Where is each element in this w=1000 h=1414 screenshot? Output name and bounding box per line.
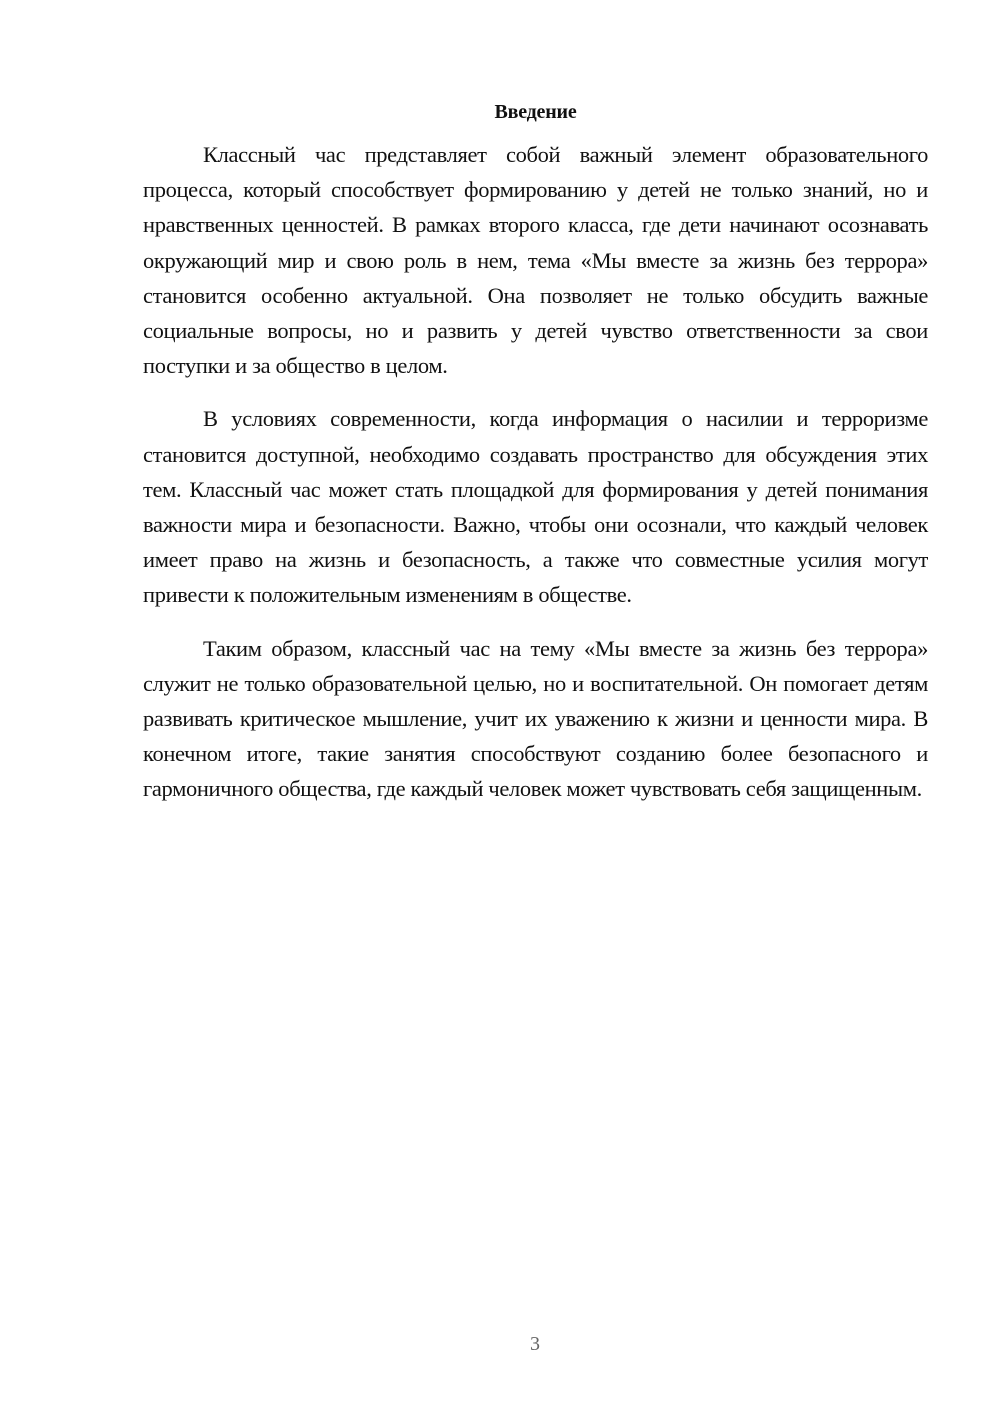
page-number: 3 — [0, 1333, 1000, 1356]
paragraph-intro: Классный час представляет собой важный э… — [143, 137, 928, 383]
page-body: Введение Классный час представляет собой… — [143, 95, 928, 807]
paragraph-context: В условиях современности, когда информац… — [143, 401, 928, 612]
paragraph-conclusion: Таким образом, классный час на тему «Мы … — [143, 631, 928, 807]
section-heading: Введение — [143, 95, 928, 129]
